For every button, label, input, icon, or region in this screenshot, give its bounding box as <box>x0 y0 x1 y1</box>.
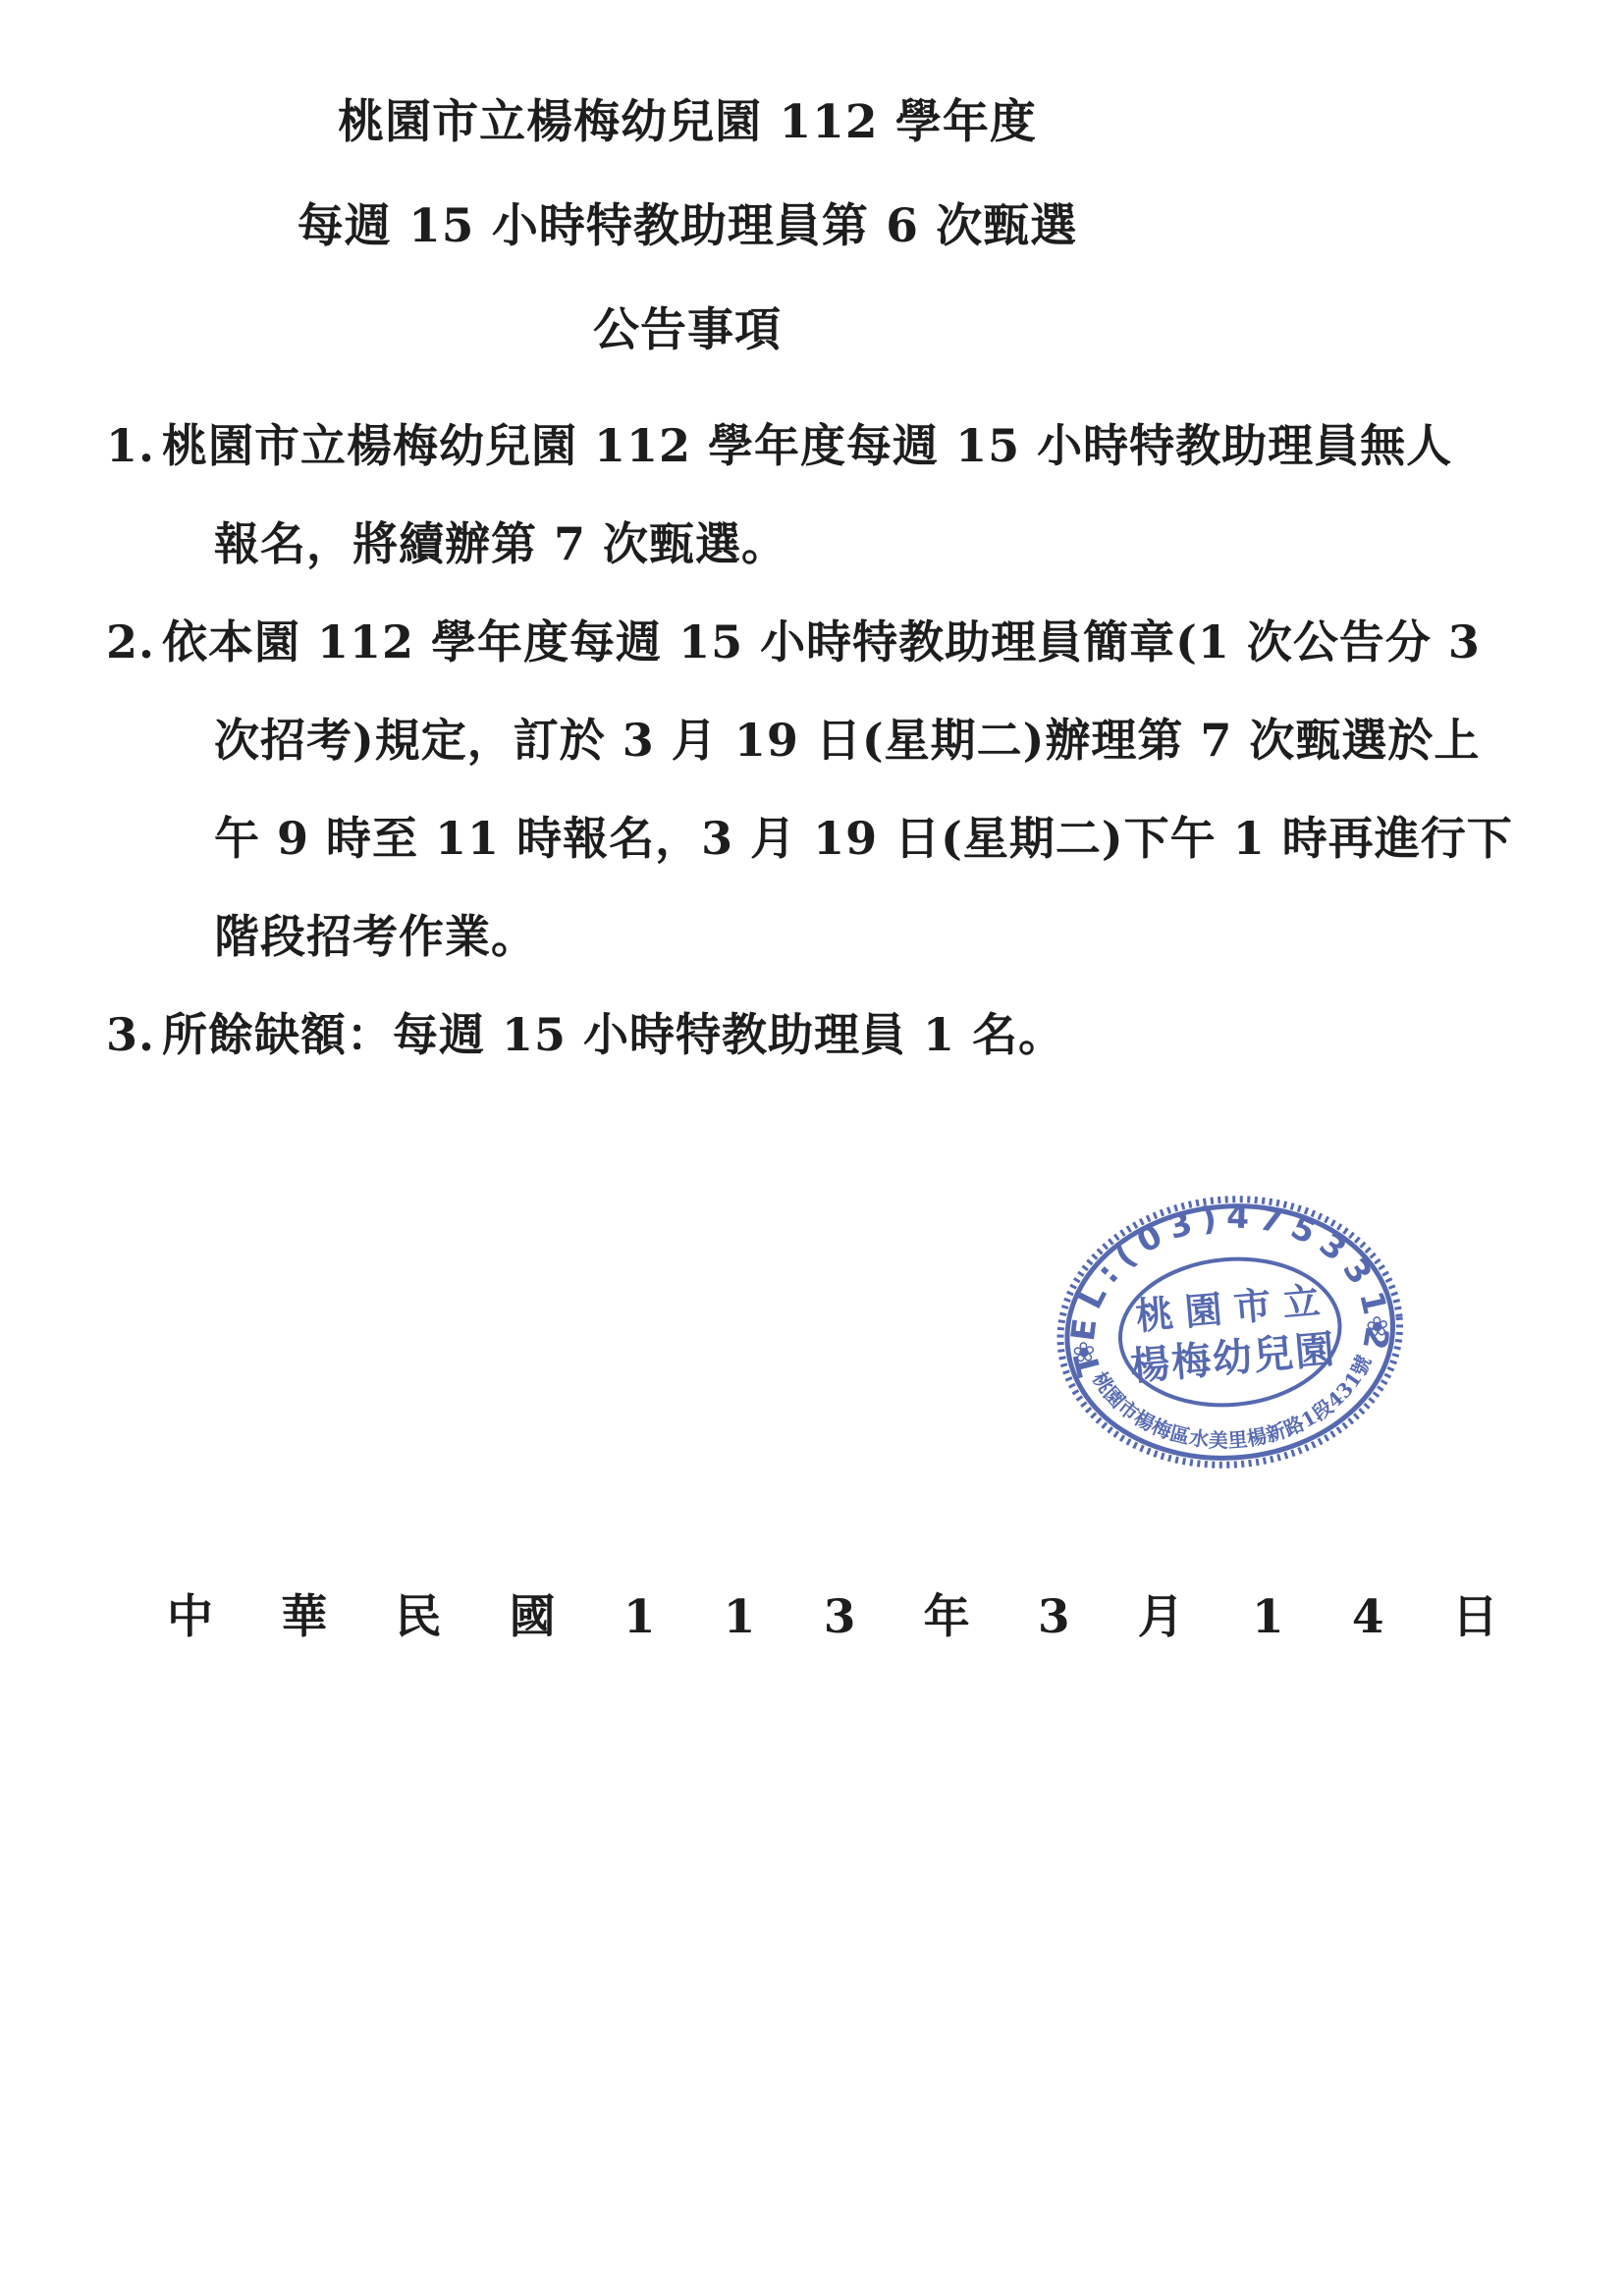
seal-graphic: TEL:(03)4753312 桃園市楊梅區水美里楊新路1段431號 桃園市立 … <box>1041 1168 1420 1502</box>
list-item-1: 1. 桃園市立楊梅幼兒園 112 學年度每週 15 小時特教助理員無人 報名，將… <box>0 397 1624 593</box>
list-item-3: 3. 所餘缺額：每週 15 小時特教助理員 1 名。 <box>0 986 1624 1084</box>
flower-right-icon: ❀ <box>1365 1309 1390 1344</box>
title-line-2: 每週 15 小時特教助理員第 6 次甄選 <box>0 175 1375 279</box>
flower-left-icon: ❀ <box>1071 1335 1097 1369</box>
list-item-2: 2. 依本園 112 學年度每週 15 小時特教助理員簡章(1 次公告分 3 次… <box>0 593 1624 986</box>
document-title: 桃園市立楊梅幼兒園 112 學年度 每週 15 小時特教助理員第 6 次甄選 公… <box>0 0 1375 383</box>
date-char: 3 <box>824 1569 856 1667</box>
date-char: 年 <box>924 1569 970 1667</box>
date-char: 4 <box>1352 1569 1384 1667</box>
date-char: 國 <box>510 1569 556 1667</box>
item-2-number: 2. <box>106 593 155 691</box>
date-char: 1 <box>1252 1569 1284 1667</box>
title-line-1: 桃園市立楊梅幼兒園 112 學年度 <box>0 71 1375 175</box>
item-2-line-4: 階段招考作業。 <box>214 887 1624 986</box>
date-char: 華 <box>281 1569 327 1667</box>
title-line-3: 公告事項 <box>0 279 1375 383</box>
item-1-number: 1. <box>106 397 155 495</box>
date-char: 中 <box>167 1569 213 1667</box>
date-char: 1 <box>724 1569 756 1667</box>
item-3-number: 3. <box>106 986 155 1084</box>
date-char: 3 <box>1038 1569 1070 1667</box>
item-1-line-1: 桃園市立楊梅幼兒園 112 學年度每週 15 小時特教助理員無人 <box>162 397 1624 495</box>
item-3-line-1: 所餘缺額：每週 15 小時特教助理員 1 名。 <box>162 986 1624 1084</box>
item-1-line-2: 報名，將續辦第 7 次甄選。 <box>214 495 1624 593</box>
date-char: 民 <box>395 1569 441 1667</box>
official-seal-stamp: TEL:(03)4753312 桃園市楊梅區水美里楊新路1段431號 桃園市立 … <box>1041 1168 1420 1502</box>
announcement-page: 桃園市立楊梅幼兒園 112 學年度 每週 15 小時特教助理員第 6 次甄選 公… <box>0 0 1624 2296</box>
item-2-line-2: 次招考)規定，訂於 3 月 19 日(星期二)辦理第 7 次甄選於上 <box>214 691 1624 789</box>
roc-date-line: 中 華 民 國 1 1 3 年 3 月 1 4 日 <box>167 1569 1498 1667</box>
item-2-line-3: 午 9 時至 11 時報名，3 月 19 日(星期二)下午 1 時再進行下 <box>214 789 1624 887</box>
item-2-line-1: 依本園 112 學年度每週 15 小時特教助理員簡章(1 次公告分 3 <box>162 593 1624 691</box>
announcement-items: 1. 桃園市立楊梅幼兒園 112 學年度每週 15 小時特教助理員無人 報名，將… <box>0 397 1624 1084</box>
date-char: 1 <box>623 1569 656 1667</box>
date-char: 日 <box>1452 1569 1498 1667</box>
date-char: 月 <box>1138 1569 1184 1667</box>
